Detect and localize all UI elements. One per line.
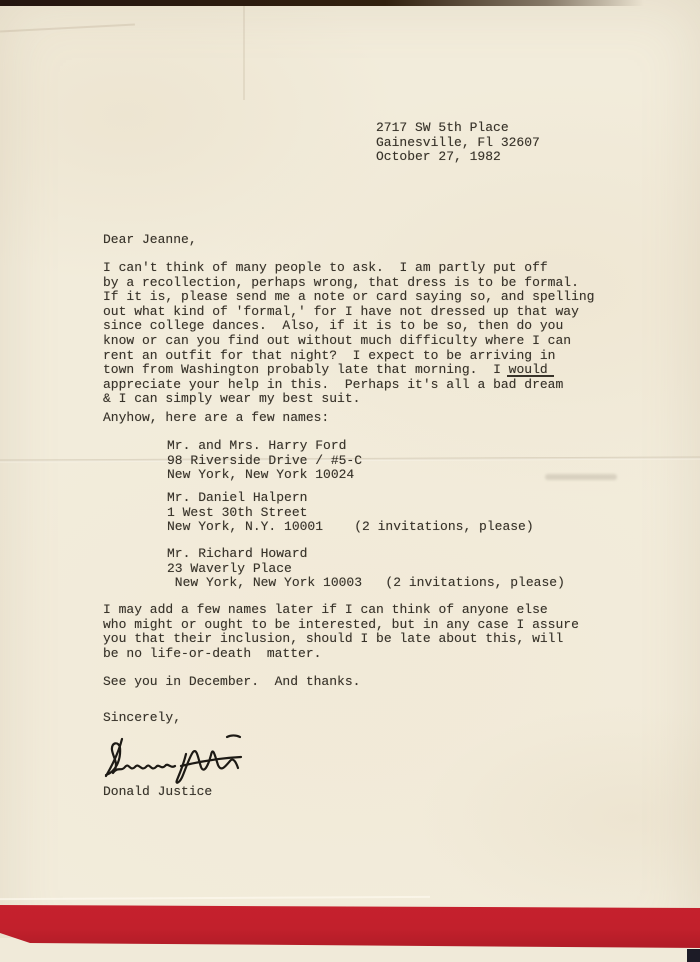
return-address-and-date: 2717 SW 5th Place Gainesville, Fl 32607 …: [376, 121, 540, 165]
scanned-letter: 2717 SW 5th Place Gainesville, Fl 32607 …: [0, 0, 700, 962]
body-paragraph-4: See you in December. And thanks.: [103, 675, 360, 690]
closing-sincerely: Sincerely,: [103, 711, 181, 726]
name-entry-daniel-halpern: Mr. Daniel Halpern 1 West 30th Street Ne…: [167, 491, 534, 535]
name-entry-richard-howard: Mr. Richard Howard 23 Waverly Place New …: [167, 547, 565, 591]
paper-crease-vertical: [243, 4, 245, 100]
name-entry-harry-ford: Mr. and Mrs. Harry Ford 98 Riverside Dri…: [167, 439, 362, 483]
paper-crease-bottom: [0, 896, 430, 900]
salutation: Dear Jeanne,: [103, 233, 197, 248]
paper-crease-top-left: [0, 23, 135, 32]
handwritten-signature: [98, 729, 248, 785]
bottom-right-corner-shadow: [687, 949, 700, 962]
typed-signature-name: Donald Justice: [103, 785, 212, 800]
body-paragraph-3: I may add a few names later if I can thi…: [103, 603, 579, 661]
body-paragraph-1: I can't think of many people to ask. I a…: [103, 261, 594, 407]
body-paragraph-2: Anyhow, here are a few names:: [103, 411, 329, 426]
paper-smudge: [545, 474, 617, 480]
scan-top-edge-shadow: [0, 0, 700, 6]
underline-emphasis-would: [507, 375, 554, 377]
letter-paper: 2717 SW 5th Place Gainesville, Fl 32607 …: [0, 0, 700, 962]
